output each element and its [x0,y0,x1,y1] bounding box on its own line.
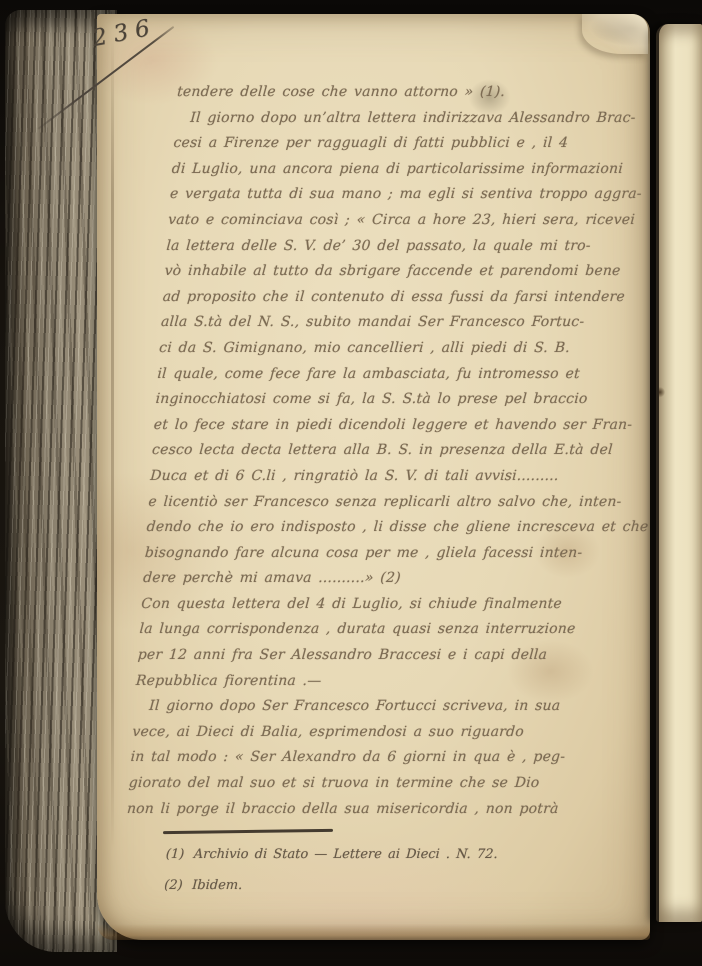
manuscript-line: non li porge il braccio della sua miseri… [126,797,628,823]
manuscript-line: cesco lecta decta lettera alla B. S. in … [151,438,653,464]
manuscript-line: la lunga corrispondenza , durata quasi s… [139,617,641,643]
manuscript-line: il quale, come fece fare la ambasciata, … [156,362,658,388]
manuscript-line: in tal modo : « Ser Alexandro da 6 giorn… [130,745,632,771]
book-photograph: 236 tendere delle cose che vanno attorno… [0,0,702,966]
manuscript-line: la lettera delle S. V. de’ 30 del passat… [165,234,667,260]
manuscript-line: vece, ai Dieci di Balia, esprimendosi a … [131,720,633,746]
manuscript-line: inginocchiatosi come si fa, la S. S.tà l… [155,387,657,413]
manuscript-line: vò inhabile al tutto da sbrigare faccend… [164,259,666,285]
manuscript-line: Duca et di 6 C.li , ringratiò la S. V. d… [149,464,651,490]
manuscript-line: vato e cominciava così ; « Circa a hore … [167,208,669,234]
footnote-marker: (2) [163,870,193,901]
manuscript-line: alla S.tà del N. S., subito mandai Ser F… [160,310,662,336]
manuscript-line: e vergata tutta di sua mano ; ma egli si… [169,182,671,208]
footnote-marker: (1) [165,839,195,870]
manuscript-line: e licentiò ser Francesco senza replicarl… [148,490,650,516]
manuscript-line: giorato del mal suo et si truova in term… [128,771,630,797]
footnote-text: Archivio di Stato — Lettere ai Dieci . N… [193,847,498,862]
manuscript-line: di Luglio, una ancora piena di particola… [171,157,673,183]
manuscript-line: bisognando fare alcuna cosa per me , gli… [144,541,646,567]
manuscript-line: ad proposito che il contenuto di essa fu… [162,285,664,311]
manuscript-text-block: tendere delle cose che vanno attorno » (… [126,80,678,822]
manuscript-line: et lo fece stare in piedi dicendoli legg… [153,413,655,439]
footnote: (2)Ibidem. [163,870,496,901]
manuscript-line: ci da S. Gimignano, mio cancellieri , al… [158,336,660,362]
manuscript-line: dere perchè mi amava ..........» (2) [142,566,644,592]
footnote-text: Ibidem. [192,878,243,893]
manuscript-line: cesi a Firenze per ragguagli di fatti pu… [173,131,675,157]
facing-page-edge [656,24,702,922]
manuscript-line: per 12 anni fra Ser Alessandro Braccesi … [137,643,639,669]
manuscript-line: Il giorno dopo Ser Francesco Fortucci sc… [133,694,635,720]
manuscript-line: Repubblica fiorentina .— [135,669,637,695]
manuscript-line: dendo che io ero indisposto , li disse c… [146,515,648,541]
footnote: (1)Archivio di Stato — Lettere ai Dieci … [165,839,498,870]
manuscript-line: Con questa lettera del 4 di Luglio, si c… [140,592,642,618]
manuscript-line: Il giorno dopo un’altra lettera indirizz… [174,106,676,132]
footnotes: (1)Archivio di Stato — Lettere ai Dieci … [163,839,498,901]
manuscript-line: tendere delle cose che vanno attorno » (… [176,80,678,106]
